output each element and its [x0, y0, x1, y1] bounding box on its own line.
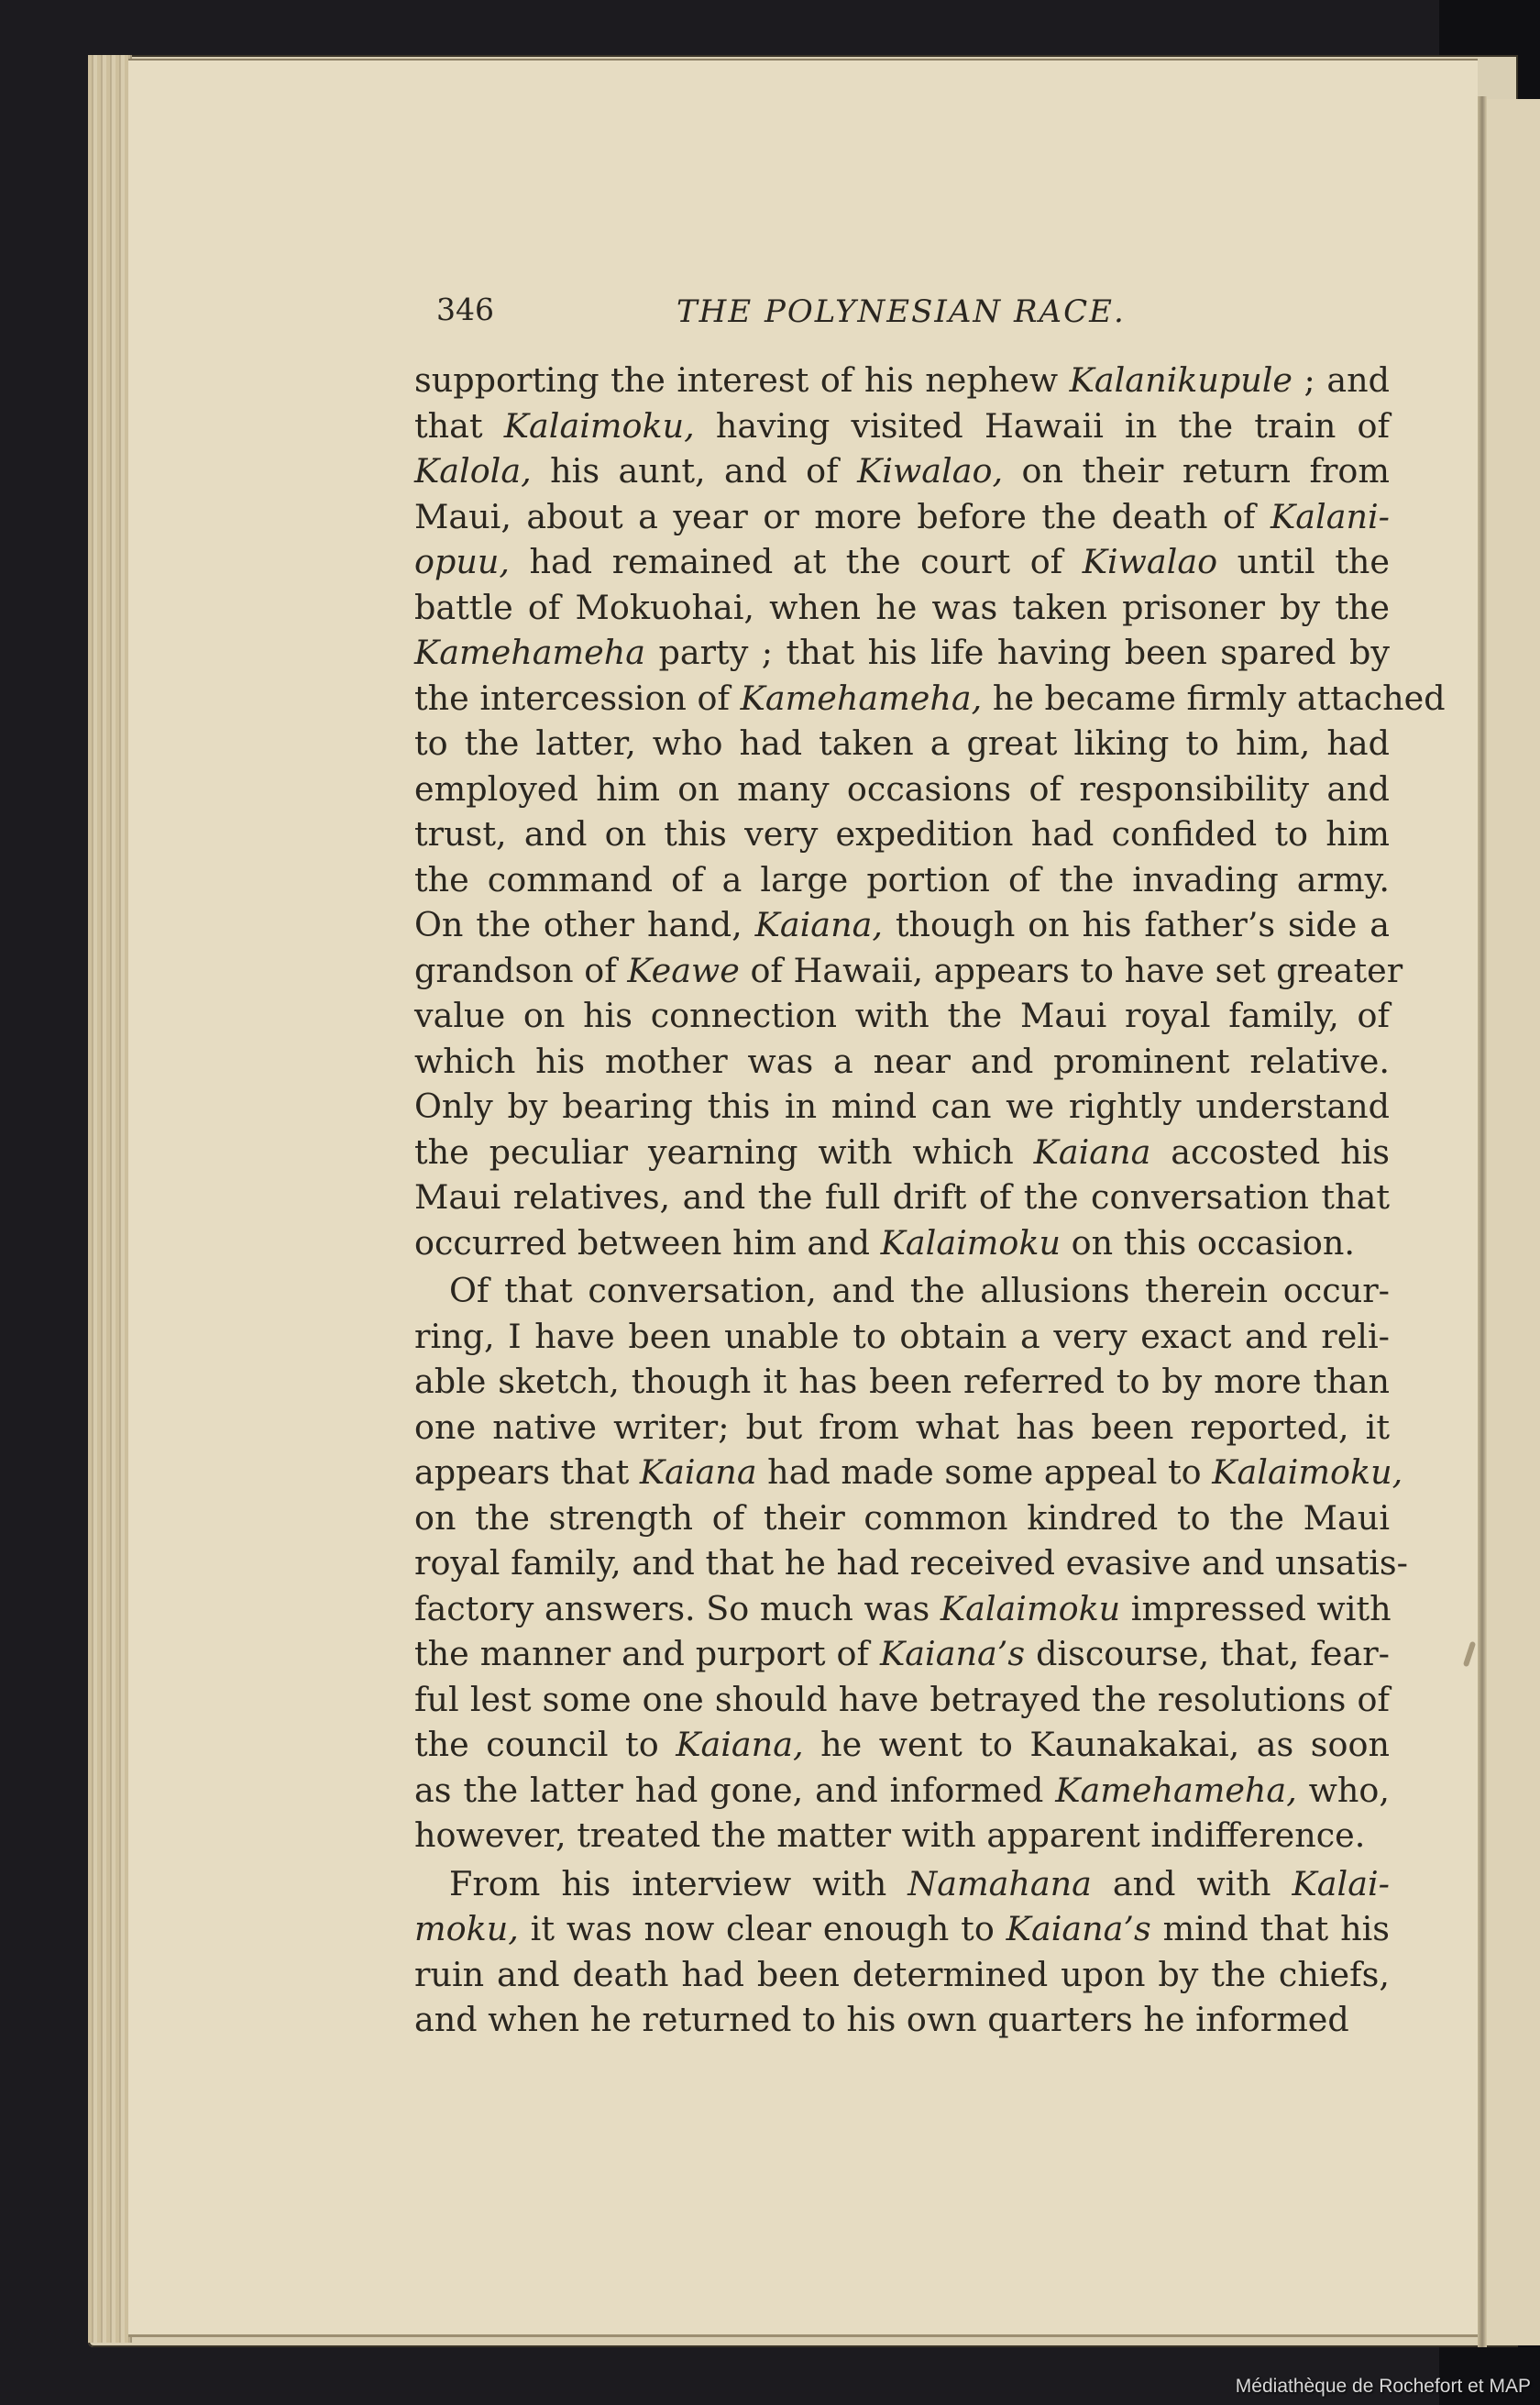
text-run: that	[414, 406, 504, 446]
text-run: until the	[1217, 542, 1390, 581]
text-run: mind that his	[1151, 1909, 1390, 1948]
text-line: battle of Mokuohai, when he was taken pr…	[414, 585, 1390, 631]
italic-name: Kalaimoku	[881, 1223, 1061, 1263]
text-run: grandson of	[414, 951, 627, 990]
text-run: one native writer; but from what has bee…	[414, 1407, 1390, 1447]
text-run: ring, I have been unable to obtain a ver…	[414, 1317, 1390, 1356]
text-run: employed him on many occasions of respon…	[414, 769, 1390, 809]
text-run: of Hawaii, appears to have set greater	[740, 951, 1402, 990]
text-line: the intercession of Kamehameha, he becam…	[414, 676, 1390, 722]
text-run: able sketch, though it has been referred…	[414, 1362, 1390, 1401]
italic-name: Kalanikupule	[1070, 360, 1292, 400]
text-run: battle of Mokuohai, when he was taken pr…	[414, 588, 1390, 627]
text-run: the intercession of	[414, 678, 741, 718]
text-line: employed him on many occasions of respon…	[414, 767, 1390, 812]
text-run: as the latter had gone, and informed	[414, 1771, 1055, 1810]
text-run: Of that conversation, and the allusions …	[449, 1271, 1390, 1310]
text-line: supporting the interest of his nephew Ka…	[414, 358, 1390, 403]
text-run: however, treated the matter with apparen…	[414, 1815, 1365, 1855]
text-line: on the strength of their common kindred …	[414, 1495, 1390, 1541]
text-line: factory answers. So much was Kalaimoku i…	[414, 1586, 1390, 1632]
italic-name: Kalaimoku	[940, 1589, 1120, 1628]
text-run: on the strength of their common kindred …	[414, 1498, 1390, 1538]
italic-name: Kaiana’s	[1006, 1909, 1151, 1948]
italic-name: Kalai-	[1292, 1864, 1390, 1903]
italic-name: moku,	[414, 1909, 519, 1948]
text-run: though on his father’s side a	[883, 905, 1390, 944]
text-line: ruin and death had been determined upon …	[414, 1952, 1390, 1998]
italic-name: Kamehameha,	[741, 678, 983, 718]
text-run: accosted his	[1150, 1132, 1390, 1172]
text-run: From his interview with	[449, 1864, 907, 1903]
running-head: 346 THE POLYNESIAN RACE.	[436, 292, 1417, 337]
text-run: value on his connection with the Maui ro…	[414, 996, 1390, 1035]
text-run: Maui, about a year or more before the de…	[414, 497, 1270, 536]
text-run: to the latter, who had taken a great lik…	[414, 723, 1390, 763]
text-run: he went to Kaunakakai, as soon	[804, 1725, 1390, 1764]
page-fore-edges	[88, 55, 132, 2343]
text-run: ruin and death had been determined upon …	[414, 1955, 1390, 1994]
italic-name: Kalola,	[414, 451, 532, 491]
italic-name: Kamehameha,	[1055, 1771, 1297, 1810]
text-run: the peculiar yearning with which	[414, 1132, 1034, 1172]
text-run: royal family, and that he had received e…	[414, 1543, 1408, 1583]
text-run: On the other hand,	[414, 905, 755, 944]
text-run: having visited Hawaii in the train of	[695, 406, 1390, 446]
text-line: grandson of Keawe of Hawaii, appears to …	[414, 948, 1390, 994]
text-run: Maui relatives, and the full drift of th…	[414, 1177, 1390, 1217]
text-run: which his mother was a near and prominen…	[414, 1042, 1390, 1081]
italic-name: Kaiana,	[676, 1725, 803, 1764]
page-number: 346	[436, 292, 494, 327]
text-line: as the latter had gone, and informed Kam…	[414, 1768, 1390, 1814]
text-line: the manner and purport of Kaiana’s disco…	[414, 1631, 1390, 1677]
text-run: on this occasion.	[1061, 1223, 1355, 1263]
text-line: moku, it was now clear enough to Kaiana’…	[414, 1906, 1390, 1952]
text-line: and when he returned to his own quarters…	[414, 1997, 1390, 2043]
text-line: that Kalaimoku, having visited Hawaii in…	[414, 403, 1390, 449]
text-line: royal family, and that he had received e…	[414, 1540, 1390, 1586]
text-run: had remained at the court of	[510, 542, 1083, 581]
text-line: Only by bearing this in mind can we righ…	[414, 1084, 1390, 1130]
text-run: impressed with	[1120, 1589, 1391, 1628]
text-run: had made some appeal to	[757, 1452, 1213, 1492]
text-line: Maui relatives, and the full drift of th…	[414, 1175, 1390, 1220]
text-line: trust, and on this very expedition had c…	[414, 811, 1390, 857]
text-line: the command of a large portion of the in…	[414, 857, 1390, 903]
text-run: ; and	[1292, 360, 1390, 400]
italic-name: Kaiana	[1034, 1132, 1151, 1172]
text-run: supporting the interest of his nephew	[414, 360, 1070, 400]
text-line: which his mother was a near and prominen…	[414, 1039, 1390, 1085]
text-run: occurred between him and	[414, 1223, 881, 1263]
text-run: and with	[1092, 1864, 1292, 1903]
facing-page-edge	[1487, 99, 1540, 2345]
paragraph: Of that conversation, and the allusions …	[414, 1268, 1390, 1859]
italic-name: Kalaimoku,	[1212, 1452, 1402, 1492]
text-run: he became firmly attached	[982, 678, 1445, 718]
text-run: and when he returned to his own quarters…	[414, 2000, 1349, 2039]
text-line: the council to Kaiana, he went to Kaunak…	[414, 1722, 1390, 1768]
italic-name: Namahana	[907, 1864, 1092, 1903]
text-run: who,	[1297, 1771, 1390, 1810]
text-run: trust, and on this very expedition had c…	[414, 814, 1390, 854]
text-run: the manner and purport of	[414, 1634, 880, 1673]
italic-name: Kaiana,	[755, 905, 883, 944]
text-run: it was now clear enough to	[519, 1909, 1006, 1948]
text-run: the command of a large portion of the in…	[414, 860, 1390, 899]
italic-name: Kaiana	[640, 1452, 757, 1492]
text-line: appears that Kaiana had made some appeal…	[414, 1450, 1390, 1495]
italic-name: Kiwalao,	[857, 451, 1003, 491]
text-line: Kamehameha party ; that his life having …	[414, 630, 1390, 676]
italic-name: Kalaimoku,	[504, 406, 695, 446]
text-run: Only by bearing this in mind can we righ…	[414, 1087, 1390, 1126]
text-line: occurred between him and Kalaimoku on th…	[414, 1220, 1390, 1266]
italic-name: opuu,	[414, 542, 510, 581]
text-line: one native writer; but from what has bee…	[414, 1405, 1390, 1451]
paragraph: supporting the interest of his nephew Ka…	[414, 358, 1390, 1265]
text-line: Kalola, his aunt, and of Kiwalao, on the…	[414, 448, 1390, 494]
italic-name: Kaiana’s	[880, 1634, 1025, 1673]
text-line: value on his connection with the Maui ro…	[414, 993, 1390, 1039]
text-run: on their return from	[1003, 451, 1390, 491]
text-line: ful lest some one should have betrayed t…	[414, 1677, 1390, 1723]
text-line: Of that conversation, and the allusions …	[414, 1268, 1390, 1314]
text-line: Maui, about a year or more before the de…	[414, 494, 1390, 540]
text-run: discourse, that, fear-	[1025, 1634, 1390, 1673]
text-line: ring, I have been unable to obtain a ver…	[414, 1314, 1390, 1360]
text-run: the council to	[414, 1725, 676, 1764]
text-run: ful lest some one should have betrayed t…	[414, 1680, 1390, 1719]
text-line: to the latter, who had taken a great lik…	[414, 721, 1390, 767]
text-line: the peculiar yearning with which Kaiana …	[414, 1130, 1390, 1175]
text-line: opuu, had remained at the court of Kiwal…	[414, 539, 1390, 585]
text-run: his aunt, and of	[532, 451, 857, 491]
paragraph: From his interview with Namahana and wit…	[414, 1861, 1390, 2043]
text-run: appears that	[414, 1452, 640, 1492]
text-line: able sketch, though it has been referred…	[414, 1359, 1390, 1405]
italic-name: Keawe	[627, 951, 740, 990]
text-line: From his interview with Namahana and wit…	[414, 1861, 1390, 1907]
italic-name: Kalani-	[1270, 497, 1390, 536]
watermark-credit: Médiathèque de Rochefort et MAP	[1236, 2376, 1531, 2398]
text-run: party ; that his life having been spared…	[645, 633, 1390, 672]
text-line: On the other hand, Kaiana, though on his…	[414, 902, 1390, 948]
text-run: factory answers. So much was	[414, 1589, 940, 1628]
running-title: THE POLYNESIAN RACE.	[676, 293, 1126, 330]
text-line: however, treated the matter with apparen…	[414, 1813, 1390, 1859]
body-text: supporting the interest of his nephew Ka…	[414, 358, 1390, 2043]
book-gutter	[1478, 96, 1487, 2347]
italic-name: Kiwalao	[1083, 542, 1217, 581]
italic-name: Kamehameha	[414, 633, 645, 672]
